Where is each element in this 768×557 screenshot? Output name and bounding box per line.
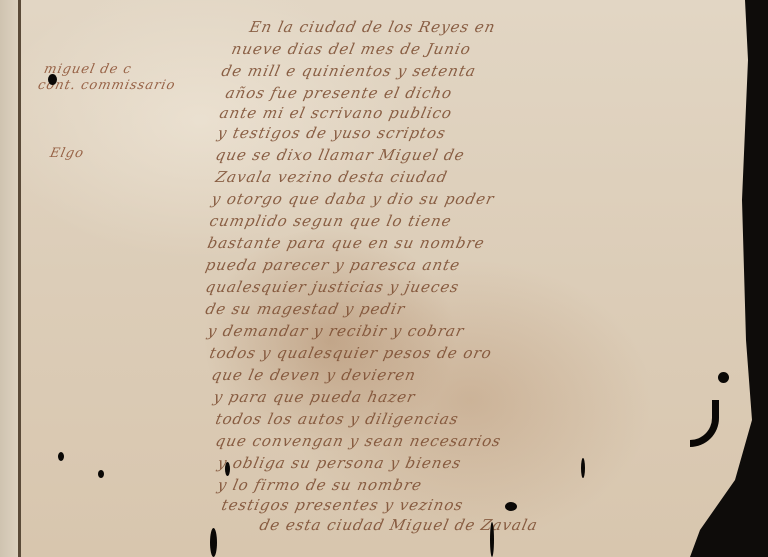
text-line: que convengan y sean necesarios [214, 432, 503, 448]
text-line: y obliga su persona y bienes [216, 454, 463, 470]
ink-blot [490, 522, 494, 557]
ink-blot [225, 462, 230, 476]
text-line: bastante para que en su nombre [206, 234, 486, 250]
ink-blot [581, 458, 585, 478]
text-line: que le deven y devieren [210, 366, 418, 382]
ink-blot [48, 74, 57, 85]
ink-blot [505, 502, 517, 511]
margin-note: Elgo [48, 146, 85, 162]
text-line: y testigos de yuso scriptos [216, 124, 447, 140]
text-line: testigos presentes y vezinos [220, 496, 465, 512]
text-line: y lo firmo de su nombre [216, 476, 424, 492]
margin-note: cont. commissario [36, 78, 177, 94]
facing-page-edge [0, 0, 18, 557]
parchment-page: miguel de c cont. commissario Elgo En la… [0, 0, 760, 557]
text-line: pueda parecer y paresca ante [204, 256, 462, 272]
ink-blot [210, 528, 217, 557]
text-line: y para que pueda hazer [212, 388, 417, 404]
binding-line [18, 0, 21, 557]
ink-blot [98, 470, 104, 478]
text-line: En la ciudad de los Reyes en [248, 18, 497, 34]
text-line: todos los autos y diligencias [214, 410, 460, 426]
text-line: ante mi el scrivano publico [218, 104, 454, 120]
ink-stroke [690, 400, 719, 447]
text-line: y demandar y recibir y cobrar [206, 322, 466, 338]
text-line: qualesquier justicias y jueces [204, 278, 461, 294]
manuscript-scan: miguel de c cont. commissario Elgo En la… [0, 0, 768, 557]
text-line: cumplido segun que lo tiene [208, 212, 453, 228]
text-line: todos y qualesquier pesos de oro [208, 344, 493, 360]
text-line: de mill e quinientos y setenta [220, 62, 478, 78]
ink-blot [718, 372, 729, 383]
text-line: y otorgo que daba y dio su poder [210, 190, 496, 206]
text-line: nueve dias del mes de Junio [230, 40, 473, 56]
text-line: años fue presente el dicho [224, 84, 454, 100]
text-line: de su magestad y pedir [204, 300, 407, 316]
text-line: de esta ciudad Miguel de Zavala [258, 516, 539, 532]
ink-blot [58, 452, 64, 461]
text-line: que se dixo llamar Miguel de [214, 146, 466, 162]
text-line: Zavala vezino desta ciudad [214, 168, 449, 184]
